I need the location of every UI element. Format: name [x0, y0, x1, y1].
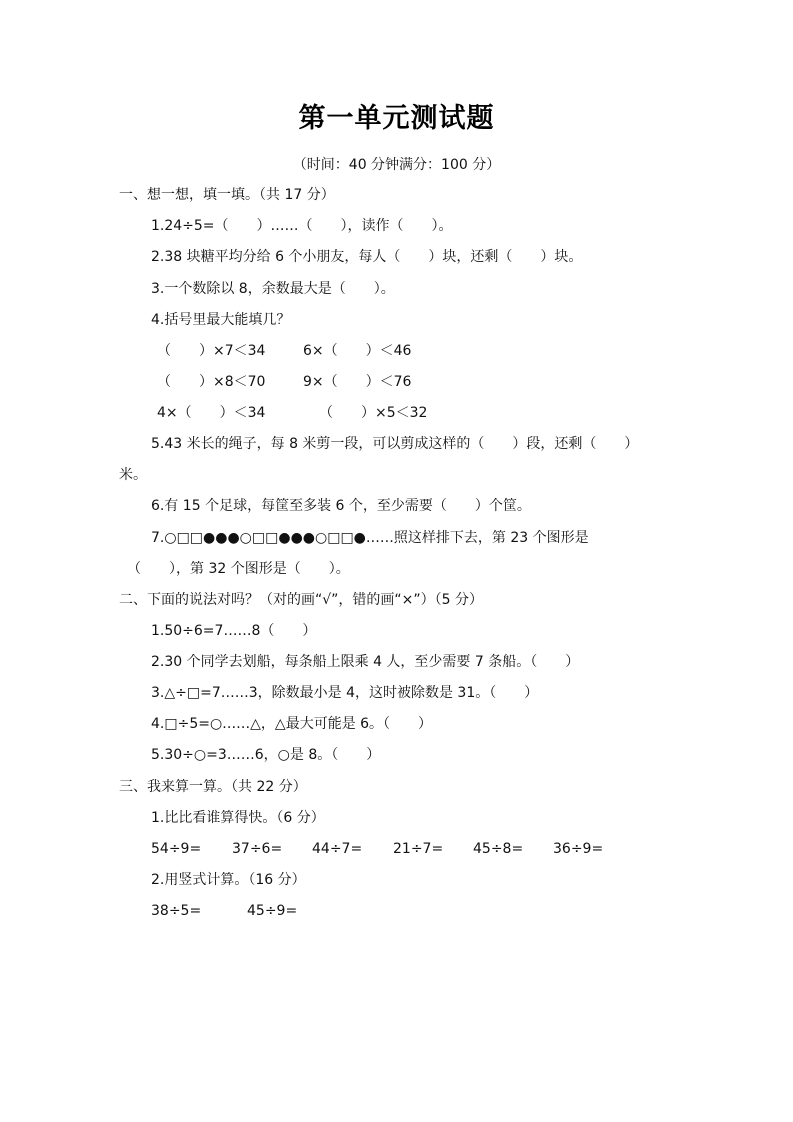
- question-2-5: 5.30÷○=3……6，○是 8。（ ）: [151, 746, 380, 764]
- question-1-7: 7.○□□●●●○□□●●●○□□●……照这样排下去，第 23 个图形是: [151, 529, 589, 547]
- vertical-calc-1: 38÷5=: [151, 902, 201, 920]
- section-3-heading: 三、我来算一算。（共 22 分）: [119, 778, 307, 796]
- oral-calc-3: 44÷7=: [312, 840, 362, 858]
- question-1-6: 6.有 15 个足球，每筐至多装 6 个，至少需要（ ）个筐。: [151, 497, 531, 515]
- question-1-1: 1.24÷5=（ ）……（ ），读作（ ）。: [151, 217, 453, 235]
- vertical-calc-2: 45÷9=: [247, 902, 297, 920]
- question-2-1: 1.50÷6=7……8（ ）: [151, 622, 316, 640]
- question-2-2: 2.30 个同学去划船，每条船上限乘 4 人，至少需要 7 条船。（ ）: [151, 653, 579, 671]
- question-2-3: 3.△÷□=7……3，除数最小是 4，这时被除数是 31。（ ）: [151, 684, 538, 702]
- section-2-heading: 二、下面的说法对吗？（对的画“√”，错的画“×”）（5 分）: [119, 591, 483, 609]
- section-3-sub-1: 1.比比看谁算得快。（6 分）: [151, 809, 325, 827]
- exam-page: 第一单元测试题 （时间：40 分钟满分：100 分） 一、想一想，填一填。（共 …: [0, 0, 793, 1122]
- oral-calc-4: 21÷7=: [393, 840, 443, 858]
- question-1-5-cont: 米。: [119, 466, 147, 484]
- page-title: 第一单元测试题: [0, 96, 793, 135]
- question-2-4: 4.□÷5=○……△，△最大可能是 6。（ ）: [151, 715, 432, 733]
- q4-row-1-a: （ ）×7＜34: [157, 342, 265, 360]
- q4-row-3-b: （ ）×5＜32: [319, 404, 427, 422]
- question-1-2: 2.38 块糖平均分给 6 个小朋友，每人（ ）块，还剩（ ）块。: [151, 248, 582, 266]
- oral-calc-2: 37÷6=: [232, 840, 282, 858]
- q4-row-2-a: （ ）×8＜70: [157, 373, 265, 391]
- question-1-7-cont: （ ），第 32 个图形是（ ）。: [127, 560, 350, 578]
- question-1-5: 5.43 米长的绳子，每 8 米剪一段，可以剪成这样的（ ）段，还剩（ ）: [151, 435, 638, 453]
- oral-calc-1: 54÷9=: [151, 840, 201, 858]
- oral-calc-6: 36÷9=: [553, 840, 603, 858]
- question-1-3: 3.一个数除以 8，余数最大是（ ）。: [151, 280, 395, 298]
- section-3-sub-2: 2.用竖式计算。（16 分）: [151, 871, 306, 889]
- q4-row-3-a: 4×（ ）＜34: [157, 404, 265, 422]
- exam-info: （时间：40 分钟满分：100 分）: [0, 154, 793, 174]
- question-1-4: 4.括号里最大能填几？: [151, 311, 290, 329]
- oral-calc-5: 45÷8=: [473, 840, 523, 858]
- q4-row-2-b: 9×（ ）＜76: [303, 373, 411, 391]
- section-1-heading: 一、想一想，填一填。（共 17 分）: [119, 186, 335, 204]
- q4-row-1-b: 6×（ ）＜46: [303, 342, 411, 360]
